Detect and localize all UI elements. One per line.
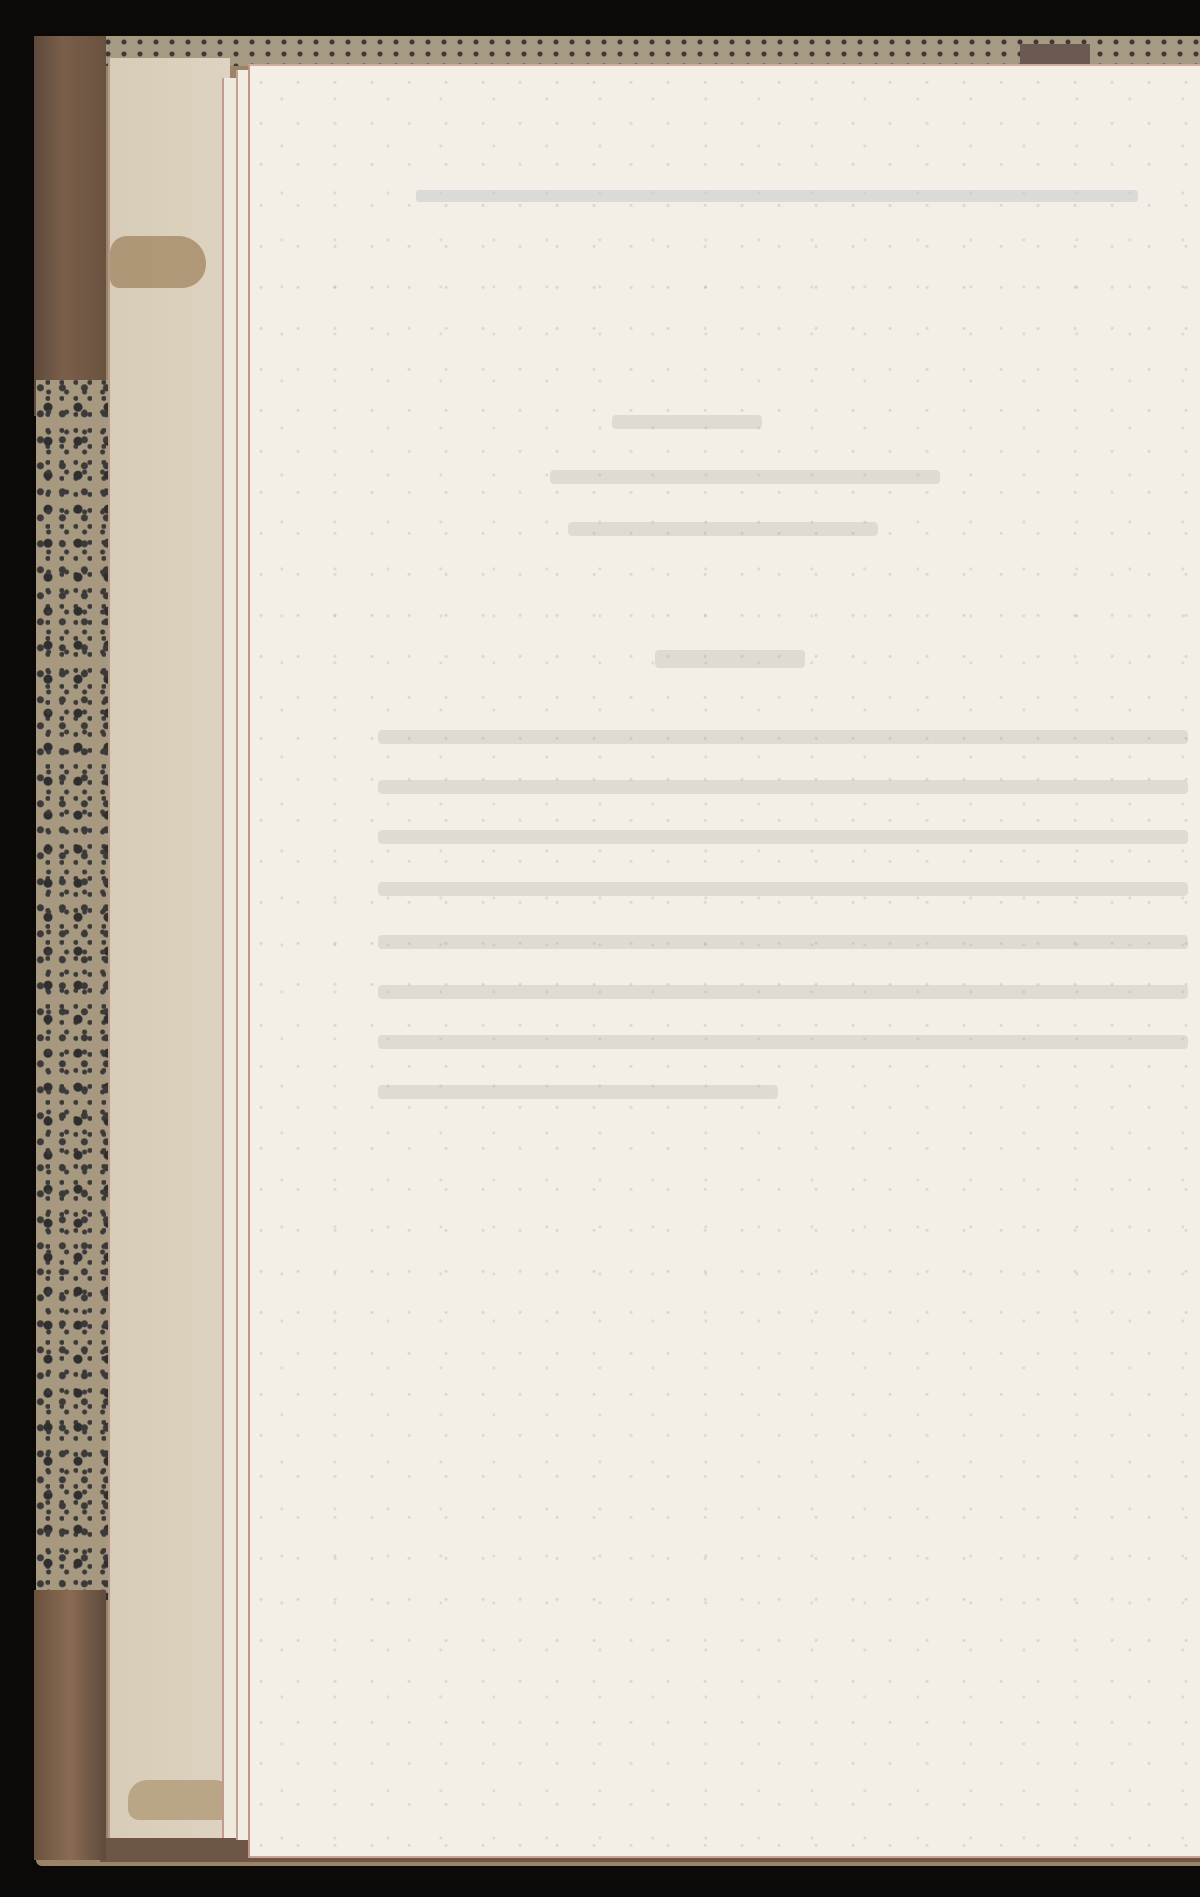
spine-leather-corner-bottom	[34, 1590, 106, 1860]
ghost-body-line	[378, 935, 1188, 949]
endpaper	[108, 58, 230, 1838]
ghost-body-line	[378, 985, 1188, 999]
spine-leather-corner-top	[34, 36, 106, 416]
ghost-body-line	[378, 882, 1188, 896]
book-page	[248, 64, 1200, 1858]
ghost-heading-line	[612, 415, 762, 429]
ghost-heading-line	[568, 522, 878, 536]
ghost-heading-line	[550, 470, 940, 484]
speckled-spine	[36, 380, 108, 1600]
ghost-salutation-line	[655, 650, 805, 668]
top-edge-leather-patch	[1020, 44, 1090, 66]
ghost-body-line	[378, 780, 1188, 794]
glue-stain-top	[110, 236, 206, 288]
ghost-body-line	[378, 730, 1188, 744]
ghost-body-line	[378, 1085, 778, 1099]
bleed-through-header-rule	[416, 190, 1138, 202]
ghost-body-line	[378, 1035, 1188, 1049]
ghost-body-line	[378, 830, 1188, 844]
